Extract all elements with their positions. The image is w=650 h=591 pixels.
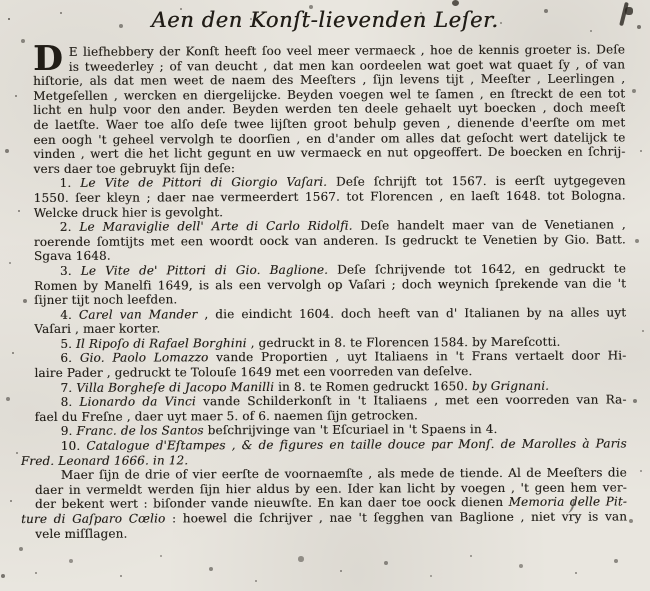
italic-text-run: Carel van Mander [79, 307, 197, 322]
text-line: 6. Gio. Paolo Lomazzo vande Proportien ,… [34, 349, 626, 366]
text-run: , die eindicht 1604. doch heeft van d' I… [197, 305, 626, 321]
text-run: laire Pader , gedruckt te Tolouſe 1649 m… [34, 364, 472, 380]
text-run: ſijner tijt noch leefden. [34, 292, 177, 307]
italic-text-run: Le Vite de' Pittori di Gio. Baglione. [81, 263, 328, 278]
ink-smudge [452, 0, 459, 6]
page: { "page": { "colors": { "paper": "#e9e6d… [0, 0, 650, 591]
text-run: 4. [60, 307, 79, 321]
text-line: 4. Carel van Mander , die eindicht 1604.… [34, 305, 626, 322]
item-1: 1. Le Vite de Pittori di Giorgio Vaſari.… [34, 174, 626, 220]
text-run: vinden , wert die het licht gegunt en uw… [33, 145, 625, 162]
text-run: in 8. te Romen gedruckt 1650. [274, 379, 472, 394]
text-run: 8. [61, 395, 80, 409]
intro-paragraph: DE liefhebbery der Konſt heeft ſoo veel … [33, 42, 626, 176]
text-run: 10. [61, 439, 87, 453]
item-10: 10. Catalogue d'Eſtampes , & de figures … [35, 436, 627, 468]
text-line: vele miſſlagen. [35, 524, 627, 541]
text-run: 6. [60, 351, 79, 365]
item-4: 4. Carel van Mander , die eindicht 1604.… [34, 305, 626, 337]
italic-text-run: Memoria delle Pit- [509, 495, 627, 510]
drop-cap: D [33, 45, 69, 74]
text-line: roerende ſomtijts met een woordt oock va… [34, 232, 626, 249]
italic-text-run: Lionardo da Vinci [79, 395, 195, 410]
text-run: vande Schilderkonſt in 't Italiaens , me… [196, 393, 627, 409]
text-run: 1. [60, 176, 81, 190]
text-run: Welcke druck hier is gevolght. [34, 205, 223, 220]
text-run: beſchrijvinge van 't Eſcuriael in 't Spa… [204, 422, 498, 437]
italic-text-run: Franc. de los Santos [76, 424, 203, 439]
text-run: : hoewel die ſchrijver , nae 't ſegghen … [165, 509, 627, 525]
italic-text-run: Gio. Paolo Lomazzo [80, 351, 209, 366]
closing-paragraph: Maer ſijn de drie of vier eerſte de voor… [35, 466, 627, 542]
text-run: 9. [61, 424, 77, 438]
text-run: fael du Freſne , daer uyt maer 5. of 6. … [35, 408, 418, 424]
text-line: Romen by Manelfi 1649, is als een vervol… [34, 276, 626, 293]
italic-text-run: Le Vite de Pittori di Giorgio Vaſari. [80, 175, 327, 190]
text-run: 5. [60, 337, 76, 351]
text-run: der bekent wert : biſonder vande nieuwſt… [35, 495, 509, 511]
italic-text-run: Il Ripoſo di Rafael Borghini [76, 336, 247, 351]
italic-text-run: Le Maraviglie dell' Arte di Carlo Ridolf… [79, 219, 352, 234]
italic-text-run: by Grignani. [472, 378, 549, 392]
page-title: Aen den Konſt-lievenden Leſer. [0, 8, 650, 32]
item-8: 8. Lionardo da Vinci vande Schilderkonſt… [35, 393, 627, 425]
text-run: roerende ſomtijts met een woordt oock va… [34, 232, 626, 249]
item-2: 2. Le Maraviglie dell' Arte di Carlo Rid… [34, 218, 626, 264]
text-run: vele miſſlagen. [35, 526, 127, 540]
text-run: Vaſari , maer korter. [34, 322, 160, 337]
text-run: , gedruckt in 8. te Florencen 1584. by M… [247, 335, 561, 350]
text-line: 8. Lionardo da Vinci vande Schilderkonſt… [35, 393, 627, 410]
text-line: ture di Gaſparo Cœlio : hoewel die ſchri… [21, 509, 627, 526]
italic-text-run: Catalogue d'Eſtampes , & de figures en t… [35, 436, 627, 453]
text-line: 10. Catalogue d'Eſtampes , & de figures … [35, 436, 627, 453]
text-run: Deſe ſchrijvende tot 1642, en gedruckt t… [328, 261, 626, 276]
italic-text-run: ture di Gaſparo Cœlio [21, 511, 165, 526]
item-3: 3. Le Vite de' Pittori di Gio. Baglione.… [34, 261, 626, 307]
text-run: 7. [60, 380, 76, 394]
text-run: Deſe ſchrijft tot 1567. is eerſt uytgege… [327, 174, 626, 189]
text-run: 1550. ſeer kleyn ; daer nae vermeerdert … [34, 188, 626, 205]
text-run: Romen by Manelfi 1649, is als een vervol… [34, 276, 626, 293]
text-run: 3. [60, 264, 81, 278]
text-run: 2. [60, 220, 80, 234]
item-6: 6. Gio. Paolo Lomazzo vande Proportien ,… [34, 349, 626, 381]
noise-speckles [0, 0, 2, 2]
text-run: vers daer toe gebruykt ſijn deſe: [34, 161, 236, 176]
text-line: vinden , wert die het licht gegunt en uw… [33, 145, 625, 162]
text-run: Sgava 1648. [34, 249, 111, 263]
italic-text-run: Villa Borgheſe di Jacopo Manilli [76, 380, 274, 395]
text-line: 1550. ſeer kleyn ; daer nae vermeerdert … [34, 188, 626, 205]
text-block: DE liefhebbery der Konſt heeft ſoo veel … [33, 42, 627, 541]
italic-text-run: Fred. Leonard 1666. in 12. [21, 453, 188, 468]
text-run: Deſe handelt maer van de Venetianen , [353, 218, 626, 233]
text-run: vande Proportien , uyt Italiaens in 't F… [208, 349, 626, 365]
